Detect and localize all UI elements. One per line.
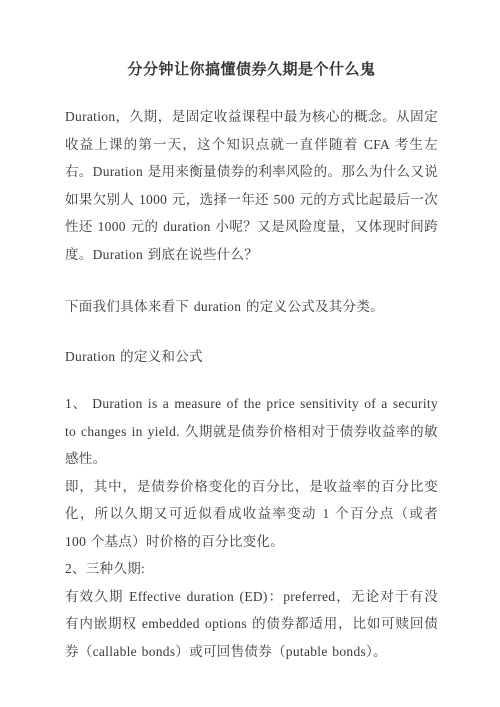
document-page: 分分钟让你搞懂债券久期是个什么鬼 Duration，久期，是固定收益课程中最为核…: [0, 0, 500, 707]
paragraph-effective-duration: 有效久期 Effective duration (ED)：preferred，无…: [65, 583, 438, 666]
paragraph-three-duration-types-heading: 2、三种久期:: [65, 555, 438, 583]
paragraph-percentage-change-explanation: 即，其中，是债券价格变化的百分比，是收益率的百分比变化，所以久期又可近似看成收益…: [65, 473, 438, 556]
section-heading-definition-and-formula: Duration 的定义和公式: [65, 343, 438, 371]
paragraph-definition: 1、 Duration is a measure of the price se…: [65, 390, 438, 473]
paragraph-lead-in: 下面我们具体来看下 duration 的定义公式及其分类。: [65, 293, 438, 321]
document-title: 分分钟让你搞懂债券久期是个什么鬼: [65, 58, 438, 83]
paragraph-duration-intro: Duration，久期，是固定收益课程中最为核心的概念。从固定收益上课的第一天，…: [65, 103, 438, 268]
